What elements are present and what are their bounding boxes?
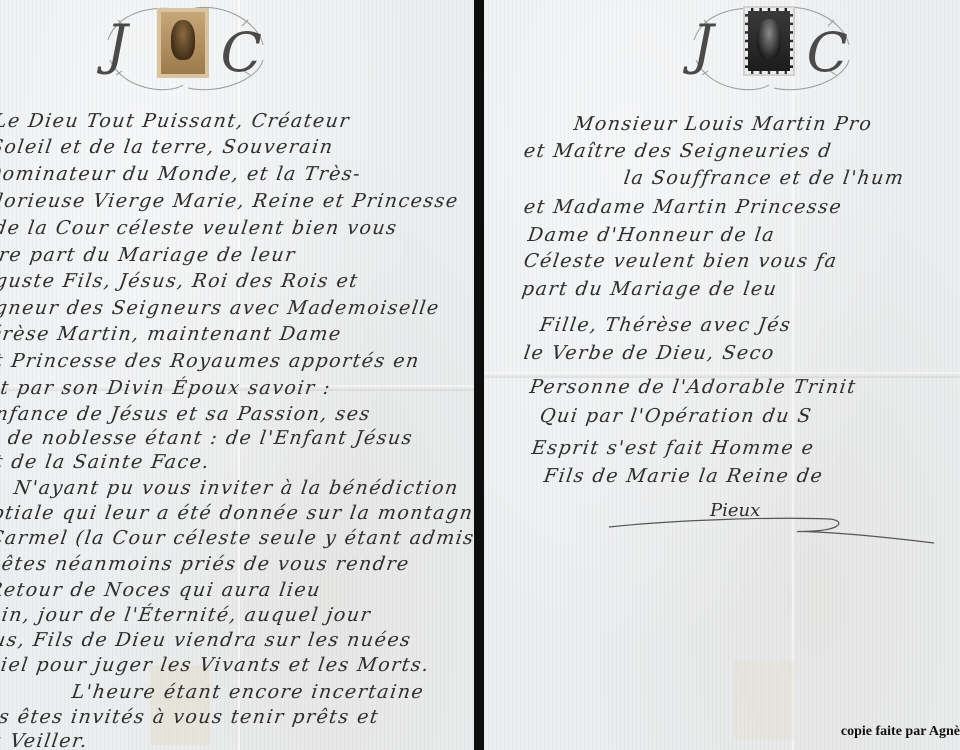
paper-stain — [150, 665, 210, 745]
holy-face-portrait-icon — [157, 8, 209, 78]
text-line: Thérèse Martin, maintenant Dame — [0, 323, 343, 345]
text-line: Esprit s'est fait Homme e — [530, 437, 816, 459]
header-ornament: J C — [684, 0, 854, 95]
text-line: Le Dieu Tout Puissant, Créateur — [0, 110, 352, 132]
text-line: Soleil et de la terre, Souverain — [0, 136, 335, 158]
copy-credit-caption: copie faite par Agnè — [841, 724, 960, 740]
text-line: la Souffrance et de l'hum — [622, 167, 906, 189]
text-line: et Maître des Seigneuries d — [522, 140, 833, 162]
monogram-right: C — [807, 26, 848, 80]
text-line: Jésus, Fils de Dieu viendra sur les nuée… — [0, 629, 413, 651]
signature-flourish-icon — [604, 505, 944, 545]
text-line: le Verbe de Dieu, Seco — [522, 342, 776, 364]
text-line: du Ciel pour juger les Vivants et les Mo… — [0, 654, 431, 676]
text-line: du Carmel (la Cour céleste seule y étant… — [0, 527, 474, 549]
text-line: Demain, jour de l'Éternité, auquel jour — [0, 604, 373, 626]
text-line: Qui par l'Opération du S — [538, 405, 813, 427]
monogram-left: J — [692, 18, 714, 72]
text-line: l'Enfance de Jésus et sa Passion, ses — [0, 403, 372, 425]
face-icon — [171, 20, 195, 60]
face-icon — [757, 19, 781, 59]
page-divider — [474, 0, 484, 750]
text-line: vous êtes néanmoins priés de vous rendre — [0, 553, 411, 575]
text-line: part du Mariage de leu — [520, 278, 778, 300]
text-line: L'heure étant encore incertaine — [70, 681, 425, 703]
text-line: Glorieuse Vierge Marie, Reine et Princes… — [0, 190, 460, 212]
paper-stain — [734, 660, 794, 740]
text-line: Seigneur des Seigneurs avec Mademoiselle — [0, 297, 441, 319]
right-page: J C Monsieur Louis Martin Pro et Maître … — [484, 0, 960, 750]
left-page: J C Le Dieu Tout Puissant, Créateur Sole… — [0, 0, 474, 750]
text-line: Dame d'Honneur de la — [526, 224, 776, 246]
text-line: et Princesse des Royaumes apportés en — [0, 350, 421, 372]
text-line: à Veiller. — [0, 730, 90, 750]
text-line: Fille, Thérèse avec Jés — [538, 314, 792, 336]
text-line: au Retour de Noces qui aura lieu — [0, 579, 322, 601]
text-line: faire part du Mariage de leur — [0, 244, 297, 266]
text-line: vous êtes invités à vous tenir prêts et — [0, 706, 381, 728]
holy-face-portrait-icon — [745, 8, 793, 74]
text-line: Personne de l'Adorable Trinit — [528, 376, 858, 398]
text-line: de la Cour céleste veulent bien vous — [0, 217, 399, 239]
text-line: Auguste Fils, Jésus, Roi des Rois et — [0, 270, 360, 292]
header-ornament: J C — [98, 0, 268, 95]
text-line: Fils de Marie la Reine de — [542, 465, 824, 487]
text-line: nuptiale qui leur a été donnée sur la mo… — [0, 502, 474, 524]
text-line: titres de noblesse étant : de l'Enfant J… — [0, 427, 415, 449]
text-line: et de la Sainte Face. — [0, 451, 212, 473]
text-line: Céleste veulent bien vous fa — [522, 250, 839, 272]
text-line: et Madame Martin Princesse — [522, 196, 843, 218]
text-line: Dominateur du Monde, et la Très- — [0, 163, 363, 185]
monogram-right: C — [221, 26, 262, 80]
text-line: dot par son Divin Époux savoir : — [0, 377, 333, 399]
monogram-left: J — [106, 18, 128, 72]
text-line: Monsieur Louis Martin Pro — [572, 113, 873, 135]
text-line: N'ayant pu vous inviter à la bénédiction — [12, 477, 460, 499]
